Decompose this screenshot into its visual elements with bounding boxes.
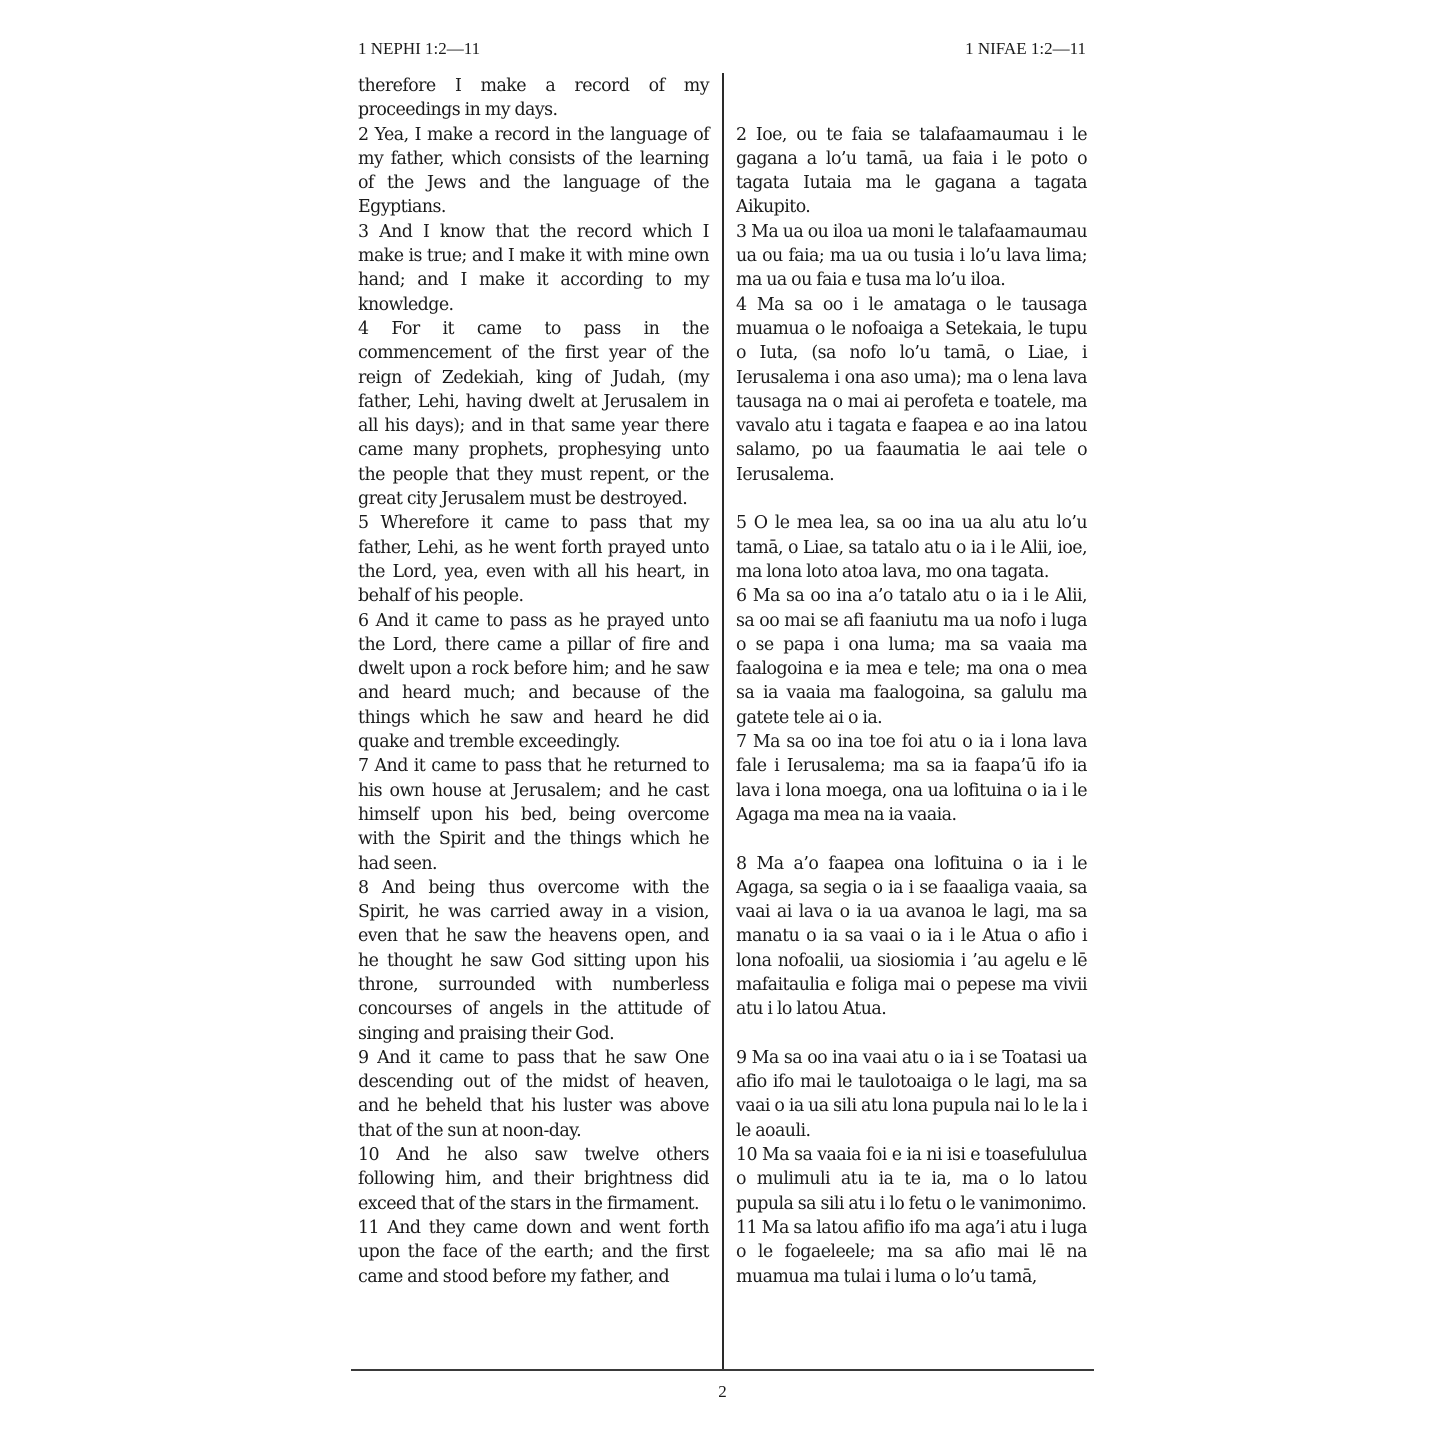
verse-3: 3 Ma ua ou iloa ua moni le talafaamaumau… [736,220,1087,293]
verse-8: 8 And being thus overcome with the Spiri… [358,876,709,1046]
verse-7: 7 And it came to pass that he returned t… [358,754,709,875]
verse-7: 7 Ma sa oo ina toe foi atu o ia i lona l… [736,730,1087,827]
alignment-spacer [736,74,1087,98]
column-divider [722,73,724,1370]
verse-continuation: therefore I make a record of my proceedi… [358,74,709,123]
page-number: 2 [0,1381,1445,1403]
verse-5: 5 O le mea lea, sa oo ina ua alu atu lo’… [736,511,1087,584]
verse-6: 6 Ma sa oo ina a’o tatalo atu o ia i le … [736,584,1087,730]
verse-4: 4 Ma sa oo i le amataga o le tausaga mua… [736,293,1087,487]
verse-9: 9 And it came to pass that he saw One de… [358,1046,709,1143]
verse-8: 8 Ma a’o faapea ona lofituina o ia i le … [736,852,1087,1022]
verse-9: 9 Ma sa oo ina vaai atu o ia i se Toatas… [736,1046,1087,1143]
verse-10: 10 Ma sa vaaia foi e ia ni isi e toasefu… [736,1143,1087,1216]
footer-rule [351,1369,1094,1371]
verse-2: 2 Ioe, ou te faia se talafaamaumau i le … [736,123,1087,220]
alignment-spacer [736,827,1087,851]
running-head-samoan: 1 NIFAE 1:2—11 [965,38,1086,60]
verse-2: 2 Yea, I make a record in the language o… [358,123,709,220]
running-head-english: 1 NEPHI 1:2—11 [358,38,480,60]
verse-3: 3 And I know that the record which I mak… [358,220,709,317]
english-column: therefore I make a record of my proceedi… [358,74,709,1289]
verse-4: 4 For it came to pass in the commencemen… [358,317,709,511]
verse-5: 5 Wherefore it came to pass that my fath… [358,511,709,608]
verse-11: 11 Ma sa latou afifio ifo ma aga’i atu i… [736,1216,1087,1289]
alignment-spacer [736,487,1087,511]
verse-10: 10 And he also saw twelve others followi… [358,1143,709,1216]
verse-6: 6 And it came to pass as he prayed unto … [358,609,709,755]
alignment-spacer [736,1022,1087,1046]
verse-11: 11 And they came down and went forth upo… [358,1216,709,1289]
alignment-spacer [736,98,1087,122]
samoan-column: 2 Ioe, ou te faia se talafaamaumau i le … [736,74,1087,1289]
